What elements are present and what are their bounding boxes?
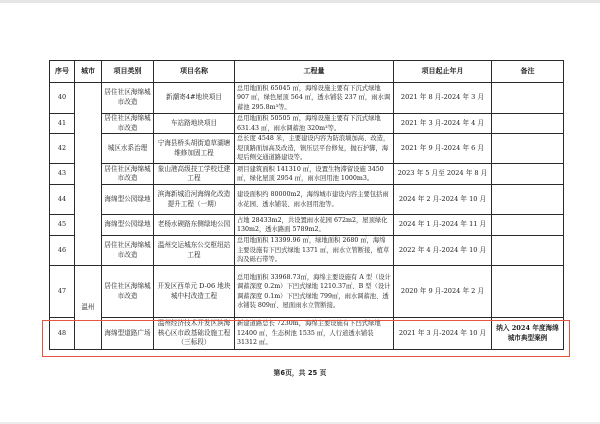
table-row: 47 温州 居住社区海绵城市改造 开发区西单元 D-06 地块城中村改造工程 总… [50,266,564,318]
cell-period: 2022 年 4 月-2024 年 10 月 [394,236,492,266]
cell-no: 46 [50,236,75,266]
header-category: 项目类别 [102,61,154,83]
cell-category: 居住社区海绵城市改造 [102,236,154,266]
page-top-edge [0,0,600,3]
cell-no: 41 [50,114,75,134]
cell-no: 48 [50,318,75,350]
cell-quantity: 总用地面积 33968.73㎡，海绵主要设施有 A 型（设计调蓄深度 0.2m）… [235,266,394,318]
header-no: 序号 [50,61,75,83]
cell-name: 宁海县桥头胡街道草湖塘维修加固工程 [154,134,235,164]
cell-category: 居住社区海绵城市改造 [102,114,154,134]
cell-period: 2021 年 3 月-2024 年 10 月 [394,318,492,350]
cell-period: 2020 年 9 月-2024 年 2 月 [394,266,492,318]
cell-remark [492,164,564,185]
cell-name: 开发区西单元 D-06 地块城中村改造工程 [154,266,235,318]
cell-no: 47 [50,266,75,318]
table-row: 41 居住社区海绵城市改造 车站路地块项目 总用地面积 50505 ㎡，海绵设施… [50,114,564,134]
cell-name: 车站路地块项目 [154,114,235,134]
header-remark: 备注 [492,61,564,83]
cell-remark [492,114,564,134]
table-row: 44 海绵型公园绿地 滨海新城沿河海绵化改造提升工程（一期） 建设面积约 800… [50,185,564,215]
cell-remark [492,83,564,114]
cell-quantity: 总用地面积 13399.96 ㎡，绿地面积 2680 ㎡，海绵主要设施有下凹式绿… [235,236,394,266]
cell-name: 新潮寄4#地块项目 [154,83,235,114]
cell-category: 海绵型道路广场 [102,318,154,350]
table-row: 43 居住社区海绵城市改造 象山港高级技工学校迁建工程 项目建筑面积 14131… [50,164,564,185]
cell-no: 44 [50,185,75,215]
cell-category: 居住社区海绵城市改造 [102,266,154,318]
header-period: 项目起止年月 [394,61,492,83]
cell-no: 40 [50,83,75,114]
cell-period: 2021 年 9 月-2024 年 6 月 [394,134,492,164]
table-row: 46 居住社区海绵城市改造 温州交运城东公交枢纽站工程 总用地面积 13399.… [50,236,564,266]
cell-period: 2021 年 3 月-2024 年 4 月 [394,114,492,134]
cell-name: 象山港高级技工学校迁建工程 [154,164,235,185]
cell-period: 2021 年 8 月-2024 年 3 月 [394,83,492,114]
cell-name: 老杨水碶路东侧绿地公园 [154,215,235,236]
cell-period: 2023 年 5 月至 2024 年 8 月 [394,164,492,185]
cell-remark [492,215,564,236]
cell-category: 居住社区海绵城市改造 [102,83,154,114]
cell-quantity: 项目建筑面积 141310 ㎡，设置生物滞留设施 3450 ㎡，绿化屋顶 295… [235,164,394,185]
cell-period: 2024 年 2 月-2024 年 10 月 [394,185,492,215]
cell-no: 42 [50,134,75,164]
cell-quantity: 总长度 4548 米，主要建设内容为防浪墙加高、改造，堤顶路面加高及改造，镇压层… [235,134,394,164]
table-header-row: 序号 城市 项目类别 项目名称 工程量 项目起止年月 备注 [50,61,564,83]
table-row-highlighted: 48 海绵型道路广场 温州经济技术开发区滨海核心区市政基础设施工程（三标段） 新… [50,318,564,350]
cell-category: 海绵型公园绿地 [102,185,154,215]
cell-no: 45 [50,215,75,236]
cell-category: 海绵型公园绿地 [102,215,154,236]
cell-name: 滨海新城沿河海绵化改造提升工程（一期） [154,185,235,215]
header-name: 项目名称 [154,61,235,83]
cell-remark: 纳入 2024 年度海绵城市典型案例 [492,318,564,350]
cell-remark [492,134,564,164]
table-row: 45 海绵型公园绿地 老杨水碶路东侧绿地公园 占地 28433m2，共设置雨水花… [50,215,564,236]
cell-name: 温州交运城东公交枢纽站工程 [154,236,235,266]
cell-quantity: 总用地面积 65045 ㎡，海绵设施主要有下沉式绿地 907 ㎡，绿色屋顶 56… [235,83,394,114]
cell-remark [492,185,564,215]
cell-category: 居住社区海绵城市改造 [102,164,154,185]
table-row: 42 城区水系治理 宁海县桥头胡街道草湖塘维修加固工程 总长度 4548 米，主… [50,134,564,164]
cell-no: 43 [50,164,75,185]
cell-category: 城区水系治理 [102,134,154,164]
cell-quantity: 占地 28433m2，共设置雨水花园 672m2，屋顶绿化 130m2，透水路面… [235,215,394,236]
project-table: 序号 城市 项目类别 项目名称 工程量 项目起止年月 备注 40 居住社区海绵城… [49,60,564,350]
table-row: 40 居住社区海绵城市改造 新潮寄4#地块项目 总用地面积 65045 ㎡，海绵… [50,83,564,114]
cell-name: 温州经济技术开发区滨海核心区市政基础设施工程（三标段） [154,318,235,350]
page-number: 第6页，共 25 页 [0,367,600,377]
cell-period: 2024 年 1 月-2024 年 11 月 [394,215,492,236]
cell-quantity: 新建道路总长 7230m，海绵主要设施有下凹式绿地 12400 ㎡，生态树池 1… [235,318,394,350]
header-quantity: 工程量 [235,61,394,83]
cell-quantity: 建设面积约 80000m2，海绵城市建设内容主要包括雨水花园、透水铺装、雨水回用… [235,185,394,215]
cell-quantity: 总用地面积 50505 ㎡，海绵设施主要有下沉式绿地 631.43 ㎡，雨水调蓄… [235,114,394,134]
cell-city: 温州 [75,266,102,350]
cell-remark [492,266,564,318]
cell-city [75,83,102,266]
cell-remark [492,236,564,266]
header-city: 城市 [75,61,102,83]
